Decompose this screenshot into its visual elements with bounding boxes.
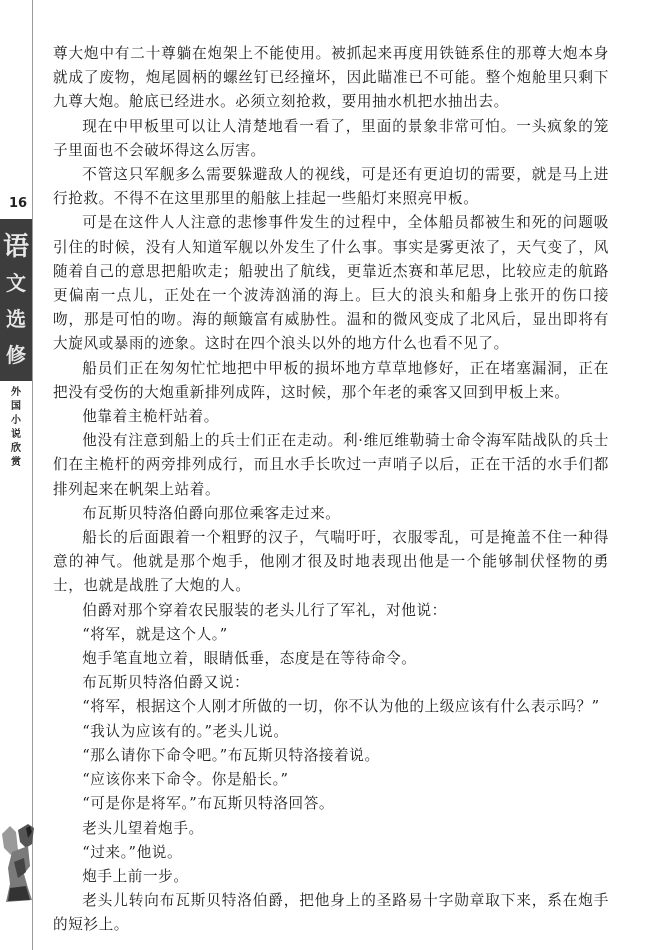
subtitle-char: 外 [11, 386, 21, 400]
paragraph: 不管这只军舰多么需要躲避敌人的视线，可是还有更迫切的需要，就是马上进行抢救。不得… [53, 163, 609, 211]
paragraph: “将军，就是这个人。” [53, 623, 609, 647]
subtitle-char: 国 [11, 400, 21, 414]
book-subtitle: 外 国 小 说 欣 赏 [4, 386, 28, 470]
book-title-band: 语 文 选 修 [0, 219, 32, 381]
paragraph: 炮手上前一步。 [53, 865, 609, 889]
paragraph: 船员们正在匆匆忙忙地把中甲板的损坏地方草草地修好，正在堵塞漏洞，正在把没有受伤的… [53, 357, 609, 405]
subtitle-char: 欣 [11, 442, 21, 456]
paragraph: 现在中甲板里可以让人清楚地看一看了，里面的景象非常可怕。一头疯象的笼子里面也不会… [53, 115, 609, 163]
paragraph: “过来。”他说。 [53, 841, 609, 865]
document-body: 尊大炮中有二十尊躺在炮架上不能使用。被抓起来再度用铁链系住的那尊大炮本身就成了废… [53, 42, 609, 938]
paragraph: 布瓦斯贝特洛伯爵向那位乘客走过来。 [53, 502, 609, 526]
margin-rule [32, 0, 33, 950]
angel-statue-icon [0, 822, 38, 904]
paragraph: 尊大炮中有二十尊躺在炮架上不能使用。被抓起来再度用铁链系住的那尊大炮本身就成了废… [53, 42, 609, 115]
paragraph: 老头儿转向布瓦斯贝特洛伯爵，把他身上的圣路易十字勋章取下来，系在炮手的短衫上。 [53, 889, 609, 937]
band-char: 选 [6, 301, 26, 337]
paragraph: 伯爵对那个穿着农民服装的老头儿行了军礼，对他说： [53, 599, 609, 623]
band-char: 修 [6, 337, 26, 373]
subtitle-char: 说 [11, 428, 21, 442]
band-char: 语 [3, 229, 29, 265]
paragraph: 炮手笔直地立着，眼睛低垂，态度是在等待命令。 [53, 647, 609, 671]
subtitle-char: 小 [11, 414, 21, 428]
paragraph: 可是在这件人人注意的悲惨事件发生的过程中，全体船员都被生和死的问题吸引住的时候，… [53, 211, 609, 356]
page-number: 16 [6, 196, 30, 211]
paragraph: 老头儿望着炮手。 [53, 817, 609, 841]
paragraph: 布瓦斯贝特洛伯爵又说： [53, 671, 609, 695]
paragraph: “应该你来下命令。你是船长。” [53, 768, 609, 792]
paragraph: 他靠着主桅杆站着。 [53, 405, 609, 429]
paragraph: “可是你是将军。”布瓦斯贝特洛回答。 [53, 792, 609, 816]
paragraph: “将军，根据这个人刚才所做的一切，你不认为他的上级应该有什么表示吗？” [53, 695, 609, 719]
paragraph: 船长的后面跟着一个粗野的汉子，气喘吁吁，衣服零乱，可是掩盖不住一种得意的神气。他… [53, 526, 609, 599]
paragraph: “那么请你下命令吧。”布瓦斯贝特洛接着说。 [53, 744, 609, 768]
paragraph: 他没有注意到船上的兵士们正在走动。利·维厄维勒骑士命令海军陆战队的兵士们在主桅杆… [53, 429, 609, 502]
subtitle-char: 赏 [11, 456, 21, 470]
paragraph: “我认为应该有的。”老头儿说。 [53, 720, 609, 744]
band-char: 文 [6, 265, 26, 301]
